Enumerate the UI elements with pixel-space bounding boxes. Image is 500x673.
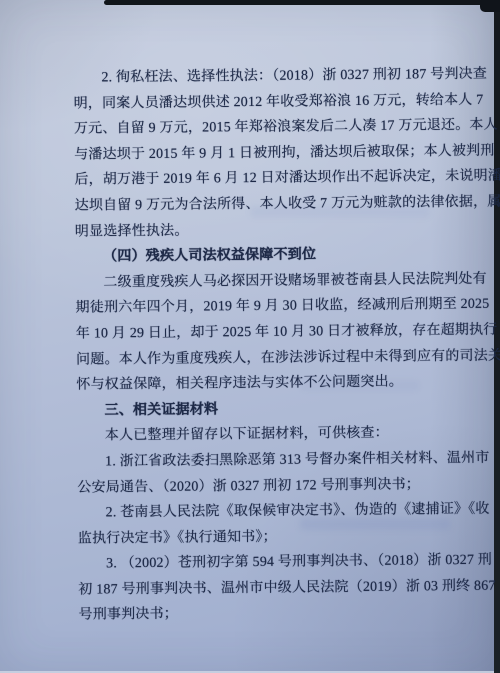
document-line: 达坝自留 9 万元为合法所得、本人收受 7 万元为赃款的法律依据，属 bbox=[75, 190, 423, 219]
document-line: 问题。本人作为重度残疾人，在涉法涉诉过程中未得到应有的司法关 bbox=[76, 344, 424, 373]
document-line: 监执行决定书》《执行通知书》； bbox=[78, 523, 426, 552]
document-text: 2. 徇私枉法、选择性执法：（2018）浙 0327 刑初 187 号判决查明，… bbox=[73, 62, 426, 628]
document-line: 2. 苍南县人民法院《取保候审决定书》、伪造的《逮捕证》《收 bbox=[77, 497, 425, 526]
document-heading-line: （四）残疾人司法权益保障不到位 bbox=[75, 241, 423, 270]
document-line: 怀与权益保障，相关程序违法与实体不公问题突出。 bbox=[76, 369, 424, 398]
document-line: 明显选择性执法。 bbox=[75, 216, 423, 245]
document-line: 号刑事判决书； bbox=[78, 600, 426, 629]
document-line: 年 10 月 29 日止，却于 2025 年 10 月 30 日才被释放，存在超… bbox=[76, 318, 424, 347]
document-line: 后，胡万港于 2019 年 6 月 12 日对潘达坝作出不起诉决定，未说明潘 bbox=[74, 165, 422, 194]
photo-background-corner bbox=[480, 0, 500, 12]
document-line: 初 187 号刑事判决书、温州市中级人民法院（2019）浙 03 刑终 867 bbox=[78, 574, 426, 603]
document-line: 2. 徇私枉法、选择性执法：（2018）浙 0327 刑初 187 号判决查 bbox=[73, 62, 421, 91]
document-line: 期徒刑六年四个月，2019 年 9 月 30 日收监，经减刑后刑期至 2025 bbox=[76, 293, 424, 322]
document-line: 本人已整理并留存以下证据材料，可供核查： bbox=[77, 421, 425, 450]
photographed-document: 2. 徇私枉法、选择性执法：（2018）浙 0327 刑初 187 号判决查明，… bbox=[0, 0, 500, 673]
document-line: 与潘达坝于 2015 年 9 月 1 日被刑拘，潘达坝后被取保；本人被判刑 bbox=[74, 139, 422, 168]
document-line: 3. （2002）苍刑初字第 594 号刑事判决书、（2018）浙 0327 刑 bbox=[78, 549, 426, 578]
document-heading-line: 三、相关证据材料 bbox=[76, 395, 424, 424]
photo-background-top-edge bbox=[104, 0, 500, 5]
document-line: 明，同案人员潘达坝供述 2012 年收受郑裕浪 16 万元，转给本人 7 bbox=[74, 88, 422, 117]
document-line: 二级重度残疾人马必探因开设赌场罪被苍南县人民法院判处有 bbox=[75, 267, 423, 296]
document-line: 1. 浙江省政法委扫黑除恶第 313 号督办案件相关材料、温州市 bbox=[77, 446, 425, 475]
document-line: 万元、自留 9 万元，2015 年郑裕浪案发后二人凑 17 万元退还。本人 bbox=[74, 114, 422, 143]
document-line: 公安局通告、（2020）浙 0327 刑初 172 号刑事判决书； bbox=[77, 472, 425, 501]
